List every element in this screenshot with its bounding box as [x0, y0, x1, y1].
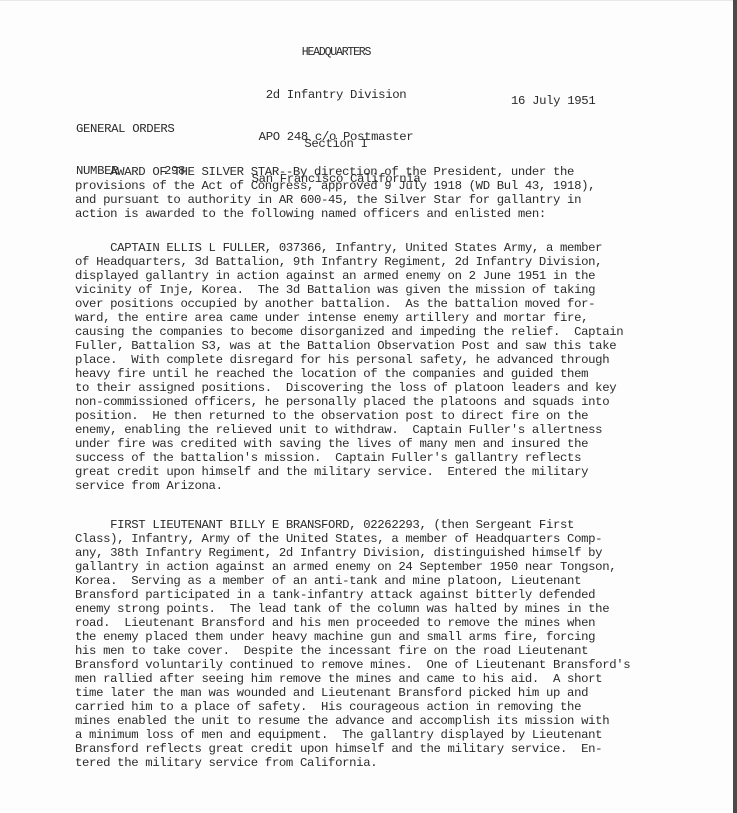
text-line: causing the companies to become disorgan… [75, 325, 623, 339]
section-title: Section I [0, 137, 672, 151]
text-line: under fire was credited with saving the … [75, 437, 623, 451]
viewer-edge [733, 0, 737, 813]
general-orders-label: GENERAL ORDERS [76, 122, 185, 136]
text-line: Bransford voluntarily continued to remov… [75, 658, 630, 672]
text-line: gallantry in action against an armed ene… [75, 560, 630, 574]
paragraph-fuller-citation: CAPTAIN ELLIS L FULLER, 037366, Infantry… [75, 241, 623, 493]
text-line: CAPTAIN ELLIS L FULLER, 037366, Infantry… [75, 241, 623, 255]
text-line: road. Lieutenant Bransford and his men p… [75, 616, 630, 630]
text-line: provisions of the Act of Congress, appro… [75, 179, 595, 193]
text-line: his men to take cover. Despite the inces… [75, 644, 630, 658]
document-page: HEADQUARTERS 2d Infantry Division APO 24… [0, 0, 733, 813]
text-line: non-commissioned officers, he personally… [75, 395, 623, 409]
paragraph-bransford-citation: FIRST LIEUTENANT BILLY E BRANSFORD, 0226… [75, 518, 630, 770]
text-line: success of the battalion's mission. Capt… [75, 451, 623, 465]
text-line: Korea. Serving as a member of an anti-ta… [75, 574, 630, 588]
text-line: over positions occupied by another batta… [75, 297, 623, 311]
text-line: Class), Infantry, Army of the United Sta… [75, 532, 630, 546]
text-line: great credit upon himself and the milita… [75, 465, 623, 479]
text-line: Bransford reflects great credit upon him… [75, 742, 630, 756]
text-line: position. He then returned to the observ… [75, 409, 623, 423]
text-line: AWARD OF THE SILVER STAR--By direction o… [75, 165, 595, 179]
text-line: men rallied after seeing him remove the … [75, 672, 630, 686]
text-line: the enemy placed them under heavy machin… [75, 630, 630, 644]
text-line: a minimum loss of men and equipment. The… [75, 728, 630, 742]
text-line: Bransford participated in a tank-infantr… [75, 588, 630, 602]
text-line: place. With complete disregard for his p… [75, 353, 623, 367]
text-line: Fuller, Battalion S3, was at the Battali… [75, 339, 623, 353]
order-date: 16 July 1951 [511, 94, 595, 108]
text-line: tered the military service from Californ… [75, 756, 630, 770]
text-line: action is awarded to the following named… [75, 207, 595, 221]
text-line: enemy strong points. The lead tank of th… [75, 602, 630, 616]
text-line: mines enabled the unit to resume the adv… [75, 714, 630, 728]
text-line: of Headquarters, 3d Battalion, 9th Infan… [75, 255, 623, 269]
letterhead-headquarters: HEADQUARTERS [0, 46, 672, 60]
text-line: FIRST LIEUTENANT BILLY E BRANSFORD, 0226… [75, 518, 630, 532]
text-line: heavy fire until he reached the location… [75, 367, 623, 381]
text-line: carried him to a place of safety. His co… [75, 700, 630, 714]
text-line: enemy, enabling the relieved unit to wit… [75, 423, 623, 437]
text-line: ward, the entire area came under intense… [75, 311, 623, 325]
text-line: and pursuant to authority in AR 600-45, … [75, 193, 595, 207]
text-line: any, 38th Infantry Regiment, 2d Infantry… [75, 546, 630, 560]
text-line: vicinity of Inje, Korea. The 3d Battalio… [75, 283, 623, 297]
text-line: displayed gallantry in action against an… [75, 269, 623, 283]
text-line: service from Arizona. [75, 479, 623, 493]
paragraph-award: AWARD OF THE SILVER STAR--By direction o… [75, 165, 595, 221]
text-line: time later the man was wounded and Lieut… [75, 686, 630, 700]
text-line: to their assigned positions. Discovering… [75, 381, 623, 395]
